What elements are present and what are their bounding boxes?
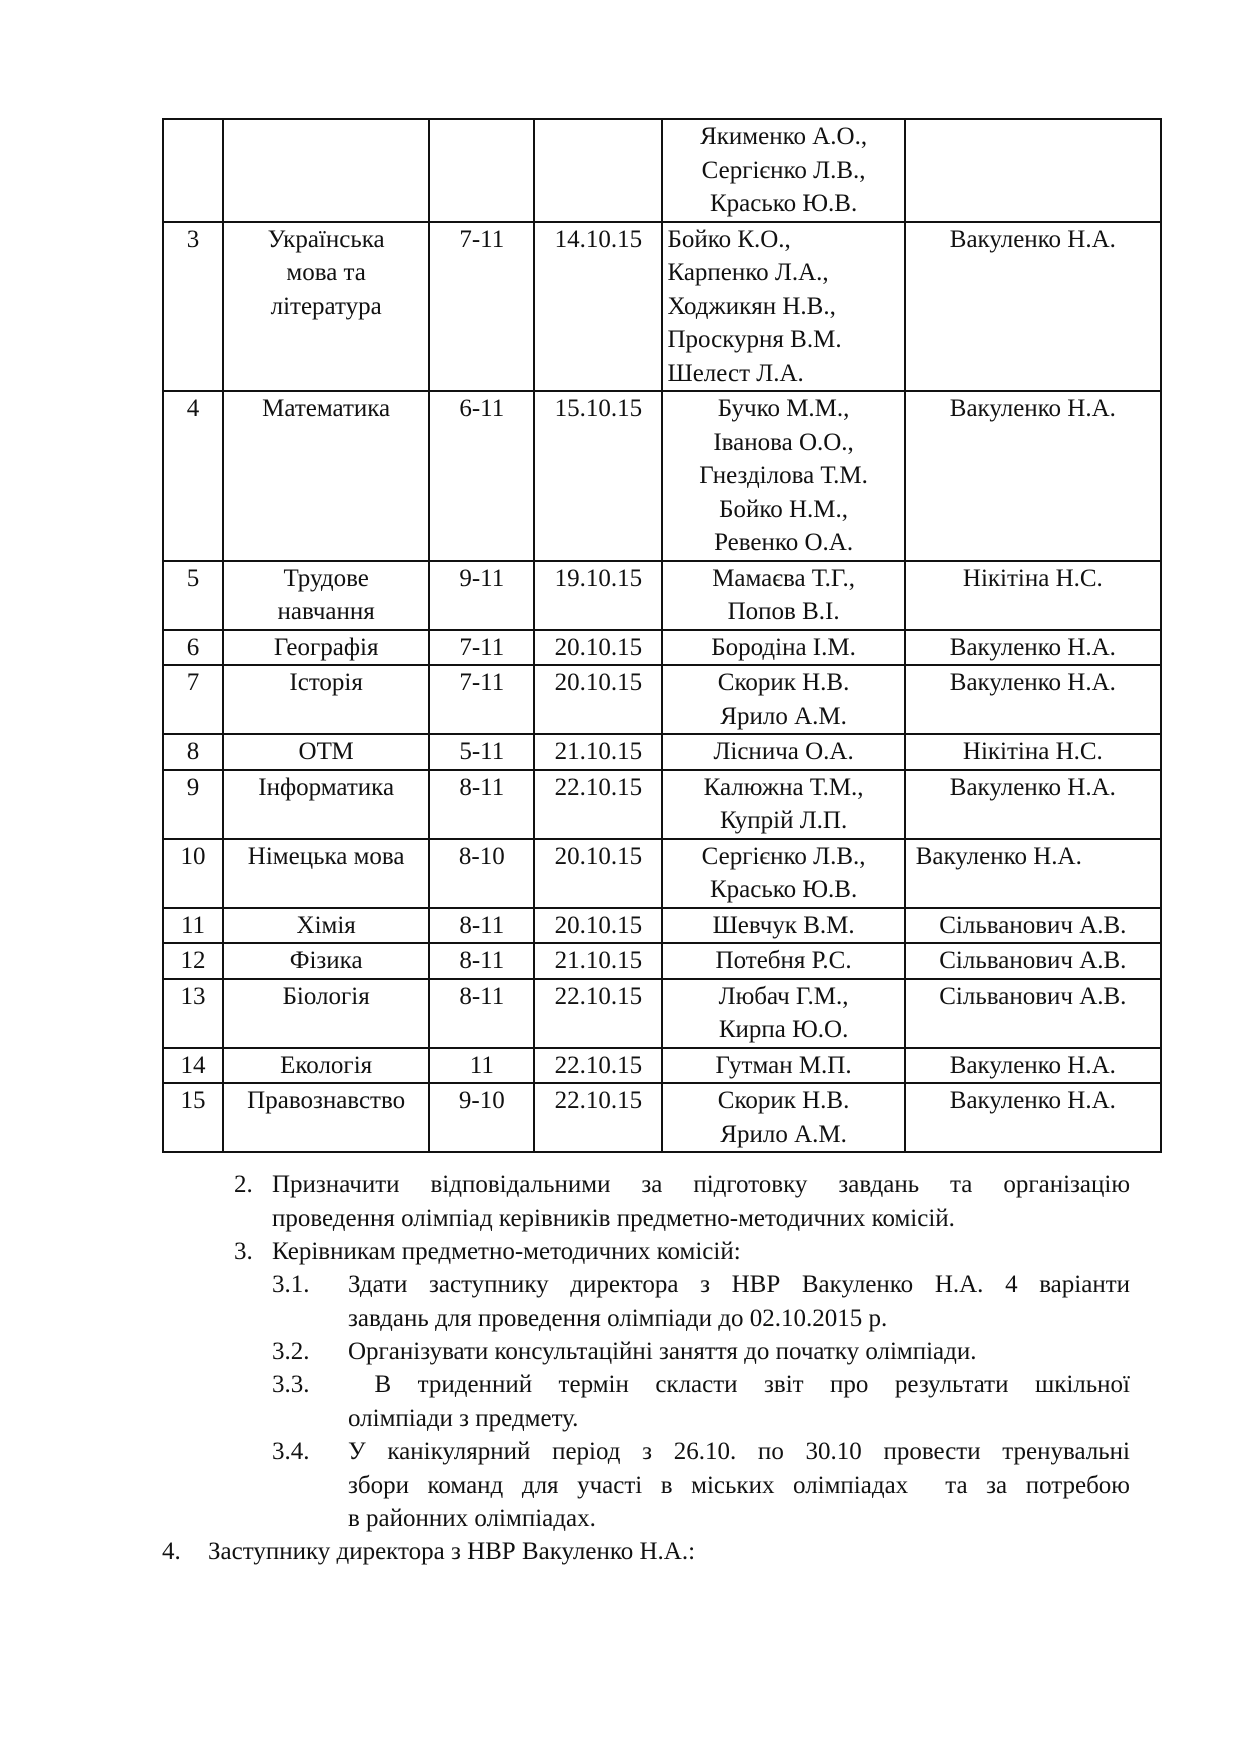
- responsible-cell: Сільванович А.В.: [905, 979, 1161, 1048]
- grades-cell: [429, 119, 534, 222]
- table-row: 7Історія7-1120.10.15Скорик Н.В.Ярило А.М…: [163, 665, 1161, 734]
- grades-cell: 8-11: [429, 979, 534, 1048]
- item-3-1-number: 3.1.: [272, 1268, 310, 1302]
- subject-cell: Історія: [223, 665, 429, 734]
- date-cell: 14.10.15: [534, 222, 662, 392]
- item-4-number: 4.: [162, 1535, 181, 1569]
- item-3-number: 3.: [234, 1235, 253, 1269]
- date-cell: 22.10.15: [534, 1048, 662, 1084]
- jury-cell: Сергієнко Л.В.,Красько Ю.В.: [662, 839, 904, 908]
- date-cell: 22.10.15: [534, 979, 662, 1048]
- grades-cell: 9-10: [429, 1083, 534, 1152]
- date-cell: 22.10.15: [534, 1083, 662, 1152]
- row-number: [163, 119, 223, 222]
- grades-cell: 9-11: [429, 561, 534, 630]
- responsible-cell: Вакуленко Н.А.: [905, 839, 1161, 908]
- document-page: Якименко А.О.,Сергієнко Л.В.,Красько Ю.В…: [0, 0, 1240, 1754]
- subject-cell: ОТМ: [223, 734, 429, 770]
- date-cell: 22.10.15: [534, 770, 662, 839]
- responsible-cell: Нікітіна Н.С.: [905, 561, 1161, 630]
- item-2-line: проведення олімпіад керівників предметно…: [272, 1202, 1130, 1236]
- subject-cell: Інформатика: [223, 770, 429, 839]
- grades-cell: 11: [429, 1048, 534, 1084]
- jury-cell: Бородіна І.М.: [662, 630, 904, 666]
- row-number: 14: [163, 1048, 223, 1084]
- row-number: 4: [163, 391, 223, 561]
- item-2-text: Призначити відповідальними за підготовку…: [272, 1168, 1130, 1235]
- table-row: 6Географія7-1120.10.15Бородіна І.М.Вакул…: [163, 630, 1161, 666]
- subject-cell: Біологія: [223, 979, 429, 1048]
- subject-cell: Українськамова талітература: [223, 222, 429, 392]
- responsible-cell: Вакуленко Н.А.: [905, 1083, 1161, 1152]
- responsible-cell: Вакуленко Н.А.: [905, 222, 1161, 392]
- subject-cell: Хімія: [223, 908, 429, 944]
- subject-cell: Правознавство: [223, 1083, 429, 1152]
- date-cell: 21.10.15: [534, 943, 662, 979]
- responsible-cell: Вакуленко Н.А.: [905, 665, 1161, 734]
- row-number: 6: [163, 630, 223, 666]
- row-number: 11: [163, 908, 223, 944]
- date-cell: 20.10.15: [534, 908, 662, 944]
- responsible-cell: Вакуленко Н.А.: [905, 630, 1161, 666]
- jury-cell: Якименко А.О.,Сергієнко Л.В.,Красько Ю.В…: [662, 119, 904, 222]
- row-number: 7: [163, 665, 223, 734]
- row-number: 3: [163, 222, 223, 392]
- row-number: 5: [163, 561, 223, 630]
- item-3-3-number: 3.3.: [272, 1368, 310, 1402]
- table-row: 9Інформатика8-1122.10.15Калюжна Т.М.,Куп…: [163, 770, 1161, 839]
- grades-cell: 8-11: [429, 908, 534, 944]
- grades-cell: 7-11: [429, 222, 534, 392]
- item-3-4-number: 3.4.: [272, 1435, 310, 1469]
- grades-cell: 7-11: [429, 665, 534, 734]
- row-number: 9: [163, 770, 223, 839]
- responsible-cell: Вакуленко Н.А.: [905, 770, 1161, 839]
- responsible-cell: Вакуленко Н.А.: [905, 391, 1161, 561]
- table-row: 15Правознавство9-1022.10.15Скорик Н.В.Яр…: [163, 1083, 1161, 1152]
- subject-cell: Фізика: [223, 943, 429, 979]
- jury-cell: Гутман М.П.: [662, 1048, 904, 1084]
- jury-cell: Скорик Н.В.Ярило А.М.: [662, 665, 904, 734]
- table-row: 4Математика6-1115.10.15Бучко М.М.,Іванов…: [163, 391, 1161, 561]
- grades-cell: 7-11: [429, 630, 534, 666]
- responsible-cell: Вакуленко Н.А.: [905, 1048, 1161, 1084]
- grades-cell: 5-11: [429, 734, 534, 770]
- jury-cell: Калюжна Т.М.,Купрій Л.П.: [662, 770, 904, 839]
- jury-cell: Шевчук В.М.: [662, 908, 904, 944]
- subject-cell: [223, 119, 429, 222]
- jury-cell: Бойко К.О.,Карпенко Л.А.,Ходжикян Н.В.,П…: [662, 222, 904, 392]
- date-cell: 20.10.15: [534, 839, 662, 908]
- item-3-3-text: В триденний термін скласти звіт про резу…: [348, 1368, 1130, 1435]
- date-cell: [534, 119, 662, 222]
- table-row: 12Фізика8-1121.10.15Потебня Р.С.Сільвано…: [163, 943, 1161, 979]
- olympiad-schedule-table: Якименко А.О.,Сергієнко Л.В.,Красько Ю.В…: [162, 118, 1162, 1153]
- grades-cell: 8-11: [429, 943, 534, 979]
- subject-cell: Німецька мова: [223, 839, 429, 908]
- item-3-4-text: У канікулярний період з 26.10. по 30.10 …: [348, 1435, 1130, 1536]
- subject-cell: Математика: [223, 391, 429, 561]
- grades-cell: 8-11: [429, 770, 534, 839]
- row-number: 15: [163, 1083, 223, 1152]
- table-row: 3Українськамова талітература7-1114.10.15…: [163, 222, 1161, 392]
- table-row: 5Трудовенавчання9-1119.10.15Мамаєва Т.Г.…: [163, 561, 1161, 630]
- jury-cell: Любач Г.М.,Кирпа Ю.О.: [662, 979, 904, 1048]
- jury-cell: Ліснича О.А.: [662, 734, 904, 770]
- date-cell: 20.10.15: [534, 665, 662, 734]
- row-number: 13: [163, 979, 223, 1048]
- responsible-cell: Сільванович А.В.: [905, 908, 1161, 944]
- grades-cell: 6-11: [429, 391, 534, 561]
- item-3-2-number: 3.2.: [272, 1335, 310, 1369]
- subject-cell: Екологія: [223, 1048, 429, 1084]
- responsible-cell: Нікітіна Н.С.: [905, 734, 1161, 770]
- responsible-cell: Сільванович А.В.: [905, 943, 1161, 979]
- table-row: Якименко А.О.,Сергієнко Л.В.,Красько Ю.В…: [163, 119, 1161, 222]
- table-row: 13Біологія8-1122.10.15Любач Г.М.,Кирпа Ю…: [163, 979, 1161, 1048]
- jury-cell: Скорик Н.В.Ярило А.М.: [662, 1083, 904, 1152]
- jury-cell: Бучко М.М.,Іванова О.О.,Гнезділова Т.М.Б…: [662, 391, 904, 561]
- row-number: 12: [163, 943, 223, 979]
- responsible-cell: [905, 119, 1161, 222]
- date-cell: 21.10.15: [534, 734, 662, 770]
- subject-cell: Географія: [223, 630, 429, 666]
- item-4-text: Заступнику директора з НВР Вакуленко Н.А…: [208, 1535, 695, 1569]
- date-cell: 15.10.15: [534, 391, 662, 561]
- table-row: 10Німецька мова8-1020.10.15Сергієнко Л.В…: [163, 839, 1161, 908]
- table-row: 14Екологія1122.10.15Гутман М.П.Вакуленко…: [163, 1048, 1161, 1084]
- table-row: 11Хімія8-1120.10.15Шевчук В.М.Сільванови…: [163, 908, 1161, 944]
- date-cell: 19.10.15: [534, 561, 662, 630]
- grades-cell: 8-10: [429, 839, 534, 908]
- table-row: 8ОТМ5-1121.10.15Ліснича О.А.Нікітіна Н.С…: [163, 734, 1161, 770]
- date-cell: 20.10.15: [534, 630, 662, 666]
- jury-cell: Потебня Р.С.: [662, 943, 904, 979]
- item-2-number: 2.: [234, 1168, 253, 1202]
- subject-cell: Трудовенавчання: [223, 561, 429, 630]
- item-3-text: Керівникам предметно-методичних комісій:: [272, 1235, 741, 1269]
- jury-cell: Мамаєва Т.Г.,Попов В.І.: [662, 561, 904, 630]
- item-3-2-text: Організувати консультаційні заняття до п…: [348, 1335, 1130, 1369]
- item-2-line: Призначити відповідальними за підготовку…: [272, 1168, 1130, 1202]
- row-number: 10: [163, 839, 223, 908]
- item-3-1-text: Здати заступнику директора з НВР Вакулен…: [348, 1268, 1130, 1335]
- row-number: 8: [163, 734, 223, 770]
